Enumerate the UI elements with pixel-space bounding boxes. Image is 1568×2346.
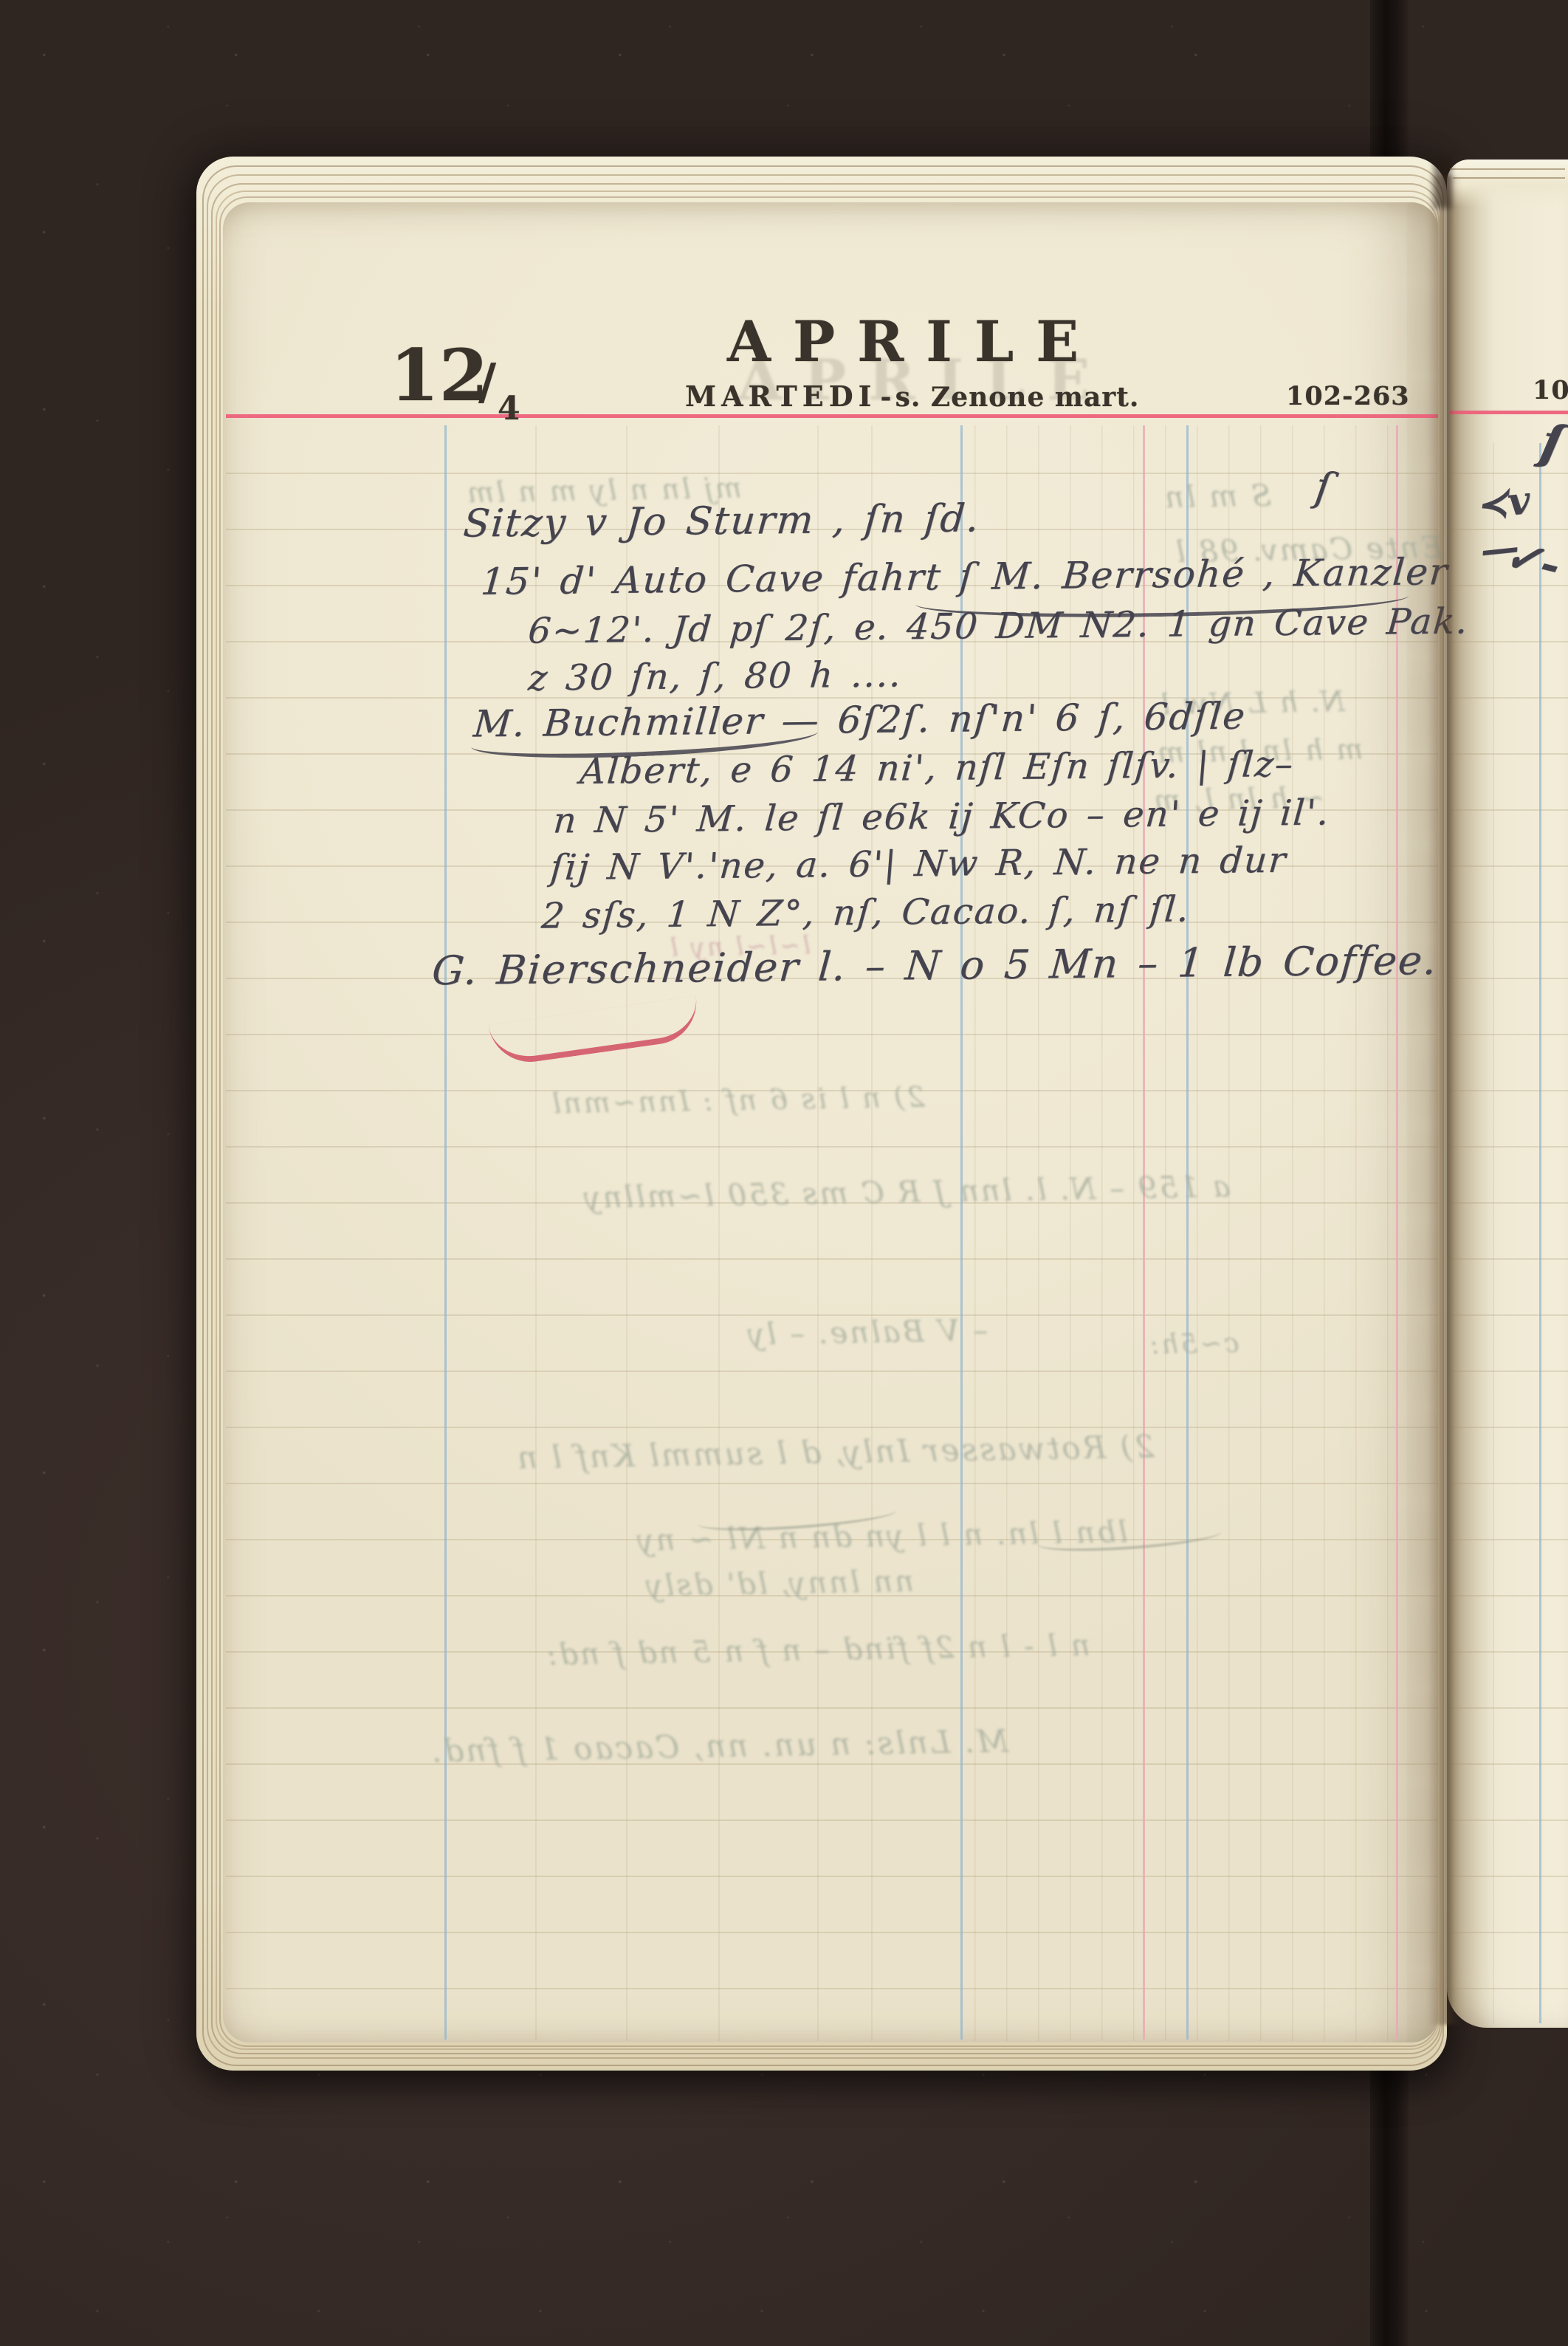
handwriting-line: Sitzy v Jo Sturm , ſn ſd. bbox=[461, 496, 981, 546]
weekday-line: MARTEDI - s. Zenone mart. bbox=[685, 380, 1139, 413]
gutter-crease-shadow bbox=[1428, 176, 1462, 2025]
month-title: APRILE bbox=[727, 309, 1101, 374]
bleedthrough-line: nn lnny, ld' dsly bbox=[644, 1565, 915, 1603]
next-page-curl bbox=[1447, 160, 1568, 207]
day-number: 12 bbox=[390, 334, 489, 417]
saint-day-label: s. Zenone mart. bbox=[895, 382, 1140, 413]
blue-rule bbox=[1186, 425, 1189, 2040]
stacked-sheet-edge bbox=[1453, 177, 1565, 180]
weekday-label: MARTEDI bbox=[685, 380, 876, 413]
handwriting-line: z 30 ſn, ſ, 80 h .... bbox=[527, 654, 904, 699]
bleedthrough-line: c~5h: bbox=[1148, 1328, 1239, 1360]
diary-photo: APRILE APRILE 12 / 4 MARTEDI - s. Zenone… bbox=[0, 0, 1568, 2346]
handwriting-line: ſij N V'.'ne, a. 6'| Nw R, N. ne n dur bbox=[549, 840, 1288, 888]
handwriting-line: n N 5' M. le ſl e6k ij KCo – en' e ij il… bbox=[551, 792, 1331, 841]
faint-column-ruling bbox=[974, 425, 1397, 2041]
day-slash: / bbox=[478, 353, 496, 411]
bleedthrough-line: 2) n l is 6 nf : Inn~mnl bbox=[550, 1081, 926, 1120]
pink-rule bbox=[1396, 425, 1398, 2040]
blue-rule bbox=[960, 425, 963, 2040]
stacked-sheet-edge bbox=[1450, 168, 1565, 171]
bleedthrough-line: – V Balne. – ly bbox=[746, 1314, 988, 1352]
blue-rule bbox=[444, 425, 447, 2040]
gutter-notch-shadow bbox=[1434, 154, 1451, 208]
next-page-number: 10 bbox=[1533, 375, 1568, 405]
pink-rule bbox=[1143, 425, 1145, 2040]
handwriting-segment: — 6ſ2ſ. nſ'n' 6 ſ, 6dſle bbox=[763, 695, 1248, 743]
blue-rule bbox=[1539, 443, 1541, 2023]
handwriting-line: 2 sſs, 1 N Z°, nſ, Cacao. ſ, nſ ſl. bbox=[540, 888, 1192, 936]
day-denominator: 4 bbox=[498, 390, 520, 428]
page-number: 102-263 bbox=[1286, 381, 1410, 411]
horizontal-ruling-next-page bbox=[1450, 473, 1568, 2023]
bleedthrough-line: S m ln bbox=[1163, 479, 1272, 515]
weekday-separator: - bbox=[881, 382, 892, 413]
faint-rule bbox=[1493, 443, 1494, 2023]
